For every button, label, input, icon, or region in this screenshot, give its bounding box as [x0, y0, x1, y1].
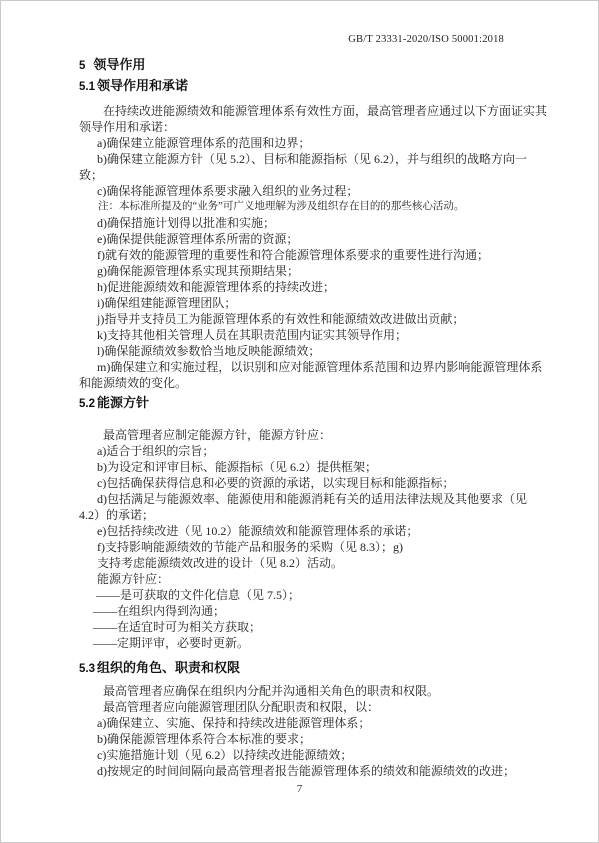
running-header: GB/T 23331-2020/ISO 50001:2018 — [348, 34, 504, 45]
list-item: d)确保措施计划得以批准和实施； — [79, 215, 548, 231]
note: 注：本标准所提及的“业务”可广义地理解为涉及组织存在目的的那些核心活动。 — [79, 199, 548, 215]
section-number: 5.3 — [79, 663, 95, 675]
list-item: c)实施措施计划（见 6.2）以持续改进能源绩效； — [79, 747, 548, 763]
list-item: m)确保建立和实施过程，以识别和应对能源管理体系范围和边界内影响能源管理体系和能… — [79, 359, 548, 391]
section-number: 5 — [79, 60, 85, 72]
dash-item: ——是可获取的文件化信息（见 7.5）； — [79, 587, 548, 603]
list-item: b)确保建立能源方针（见 5.2）、目标和能源指标（见 6.2），并与组织的战略… — [79, 151, 548, 183]
list-item: k)支持其他相关管理人员在其职责范围内证实其领导作用； — [79, 327, 548, 343]
document-page: GB/T 23331-2020/ISO 50001:2018 5领导作用 5.1… — [0, 0, 599, 843]
list-item: a)确保建立、实施、保持和持续改进能源管理体系； — [79, 715, 548, 731]
list-item: e)包括持续改进（见 10.2）能源绩效和能源管理体系的承诺； — [79, 523, 548, 539]
paragraph: 最高管理者应向能源管理团队分配职责和权限，以： — [79, 699, 548, 715]
paragraph: 能源方针应： — [79, 571, 548, 587]
section-number: 5.1 — [79, 81, 95, 93]
paragraph: 最高管理者应确保在组织内分配并沟通相关角色的职责和权限。 — [79, 683, 548, 699]
list-item: c)确保将能源管理体系要求融入组织的业务过程； — [79, 183, 548, 199]
page-number: 7 — [1, 783, 598, 795]
dash-item: ——在适宜时可为相关方获取； — [79, 619, 548, 635]
section-title: 领导作用 — [93, 57, 145, 72]
list-item: f)支持影响能源绩效的节能产品和服务的采购（见 8.3）；g) — [79, 539, 548, 555]
paragraph: 最高管理者应制定能源方针，能源方针应： — [79, 427, 548, 443]
list-item: f)就有效的能源管理的重要性和符合能源管理体系要求的重要性进行沟通； — [79, 247, 548, 263]
list-item: b)为设定和评审目标、能源指标（见 6.2）提供框架； — [79, 459, 548, 475]
list-item: g)确保能源管理体系实现其预期结果； — [79, 263, 548, 279]
section-title: 领导作用和承诺 — [97, 78, 188, 93]
list-item: d)按规定的时间间隔向最高管理者报告能源管理体系的绩效和能源绩效的改进； — [79, 763, 548, 779]
dash-item: ——在组织内得到沟通； — [79, 603, 548, 619]
list-item: i)确保组建能源管理团队； — [79, 295, 548, 311]
section-5-1-heading: 5.1领导作用和承诺 — [79, 78, 548, 95]
list-item-continuation: 支持考虑能源绩效改进的设计（见 8.2）活动。 — [79, 555, 548, 571]
list-item: l)确保能源绩效参数恰当地反映能源绩效； — [79, 343, 548, 359]
list-item: d)包括满足与能源效率、能源使用和能源消耗有关的适用法律法规及其他要求（见 4.… — [79, 491, 548, 523]
section-number: 5.2 — [79, 398, 95, 410]
section-5-2-heading: 5.2能源方针 — [79, 395, 548, 412]
list-item: e)确保提供能源管理体系所需的资源； — [79, 231, 548, 247]
page-content: 5领导作用 5.1领导作用和承诺 在持续改进能源绩效和能源管理体系有效性方面，最… — [1, 1, 598, 779]
paragraph: 在持续改进能源绩效和能源管理体系有效性方面，最高管理者应通过以下方面证实其领导作… — [79, 103, 548, 135]
dash-item: ——定期评审，必要时更新。 — [79, 635, 548, 651]
section-5-3-heading: 5.3组织的角色、职责和权限 — [79, 660, 548, 677]
section-title: 组织的角色、职责和权限 — [97, 660, 240, 675]
list-item: a)适合于组织的宗旨； — [79, 443, 548, 459]
section-5-heading: 5领导作用 — [79, 57, 548, 74]
list-item: h)促进能源绩效和能源管理体系的持续改进； — [79, 279, 548, 295]
list-item: b)确保能源管理体系符合本标准的要求； — [79, 731, 548, 747]
section-title: 能源方针 — [97, 395, 149, 410]
list-item: j)指导并支持员工为能源管理体系的有效性和能源绩效改进做出贡献； — [79, 311, 548, 327]
list-item: c)包括确保获得信息和必要的资源的承诺，以实现目标和能源指标； — [79, 475, 548, 491]
list-item: a)确保建立能源管理体系的范围和边界； — [79, 135, 548, 151]
